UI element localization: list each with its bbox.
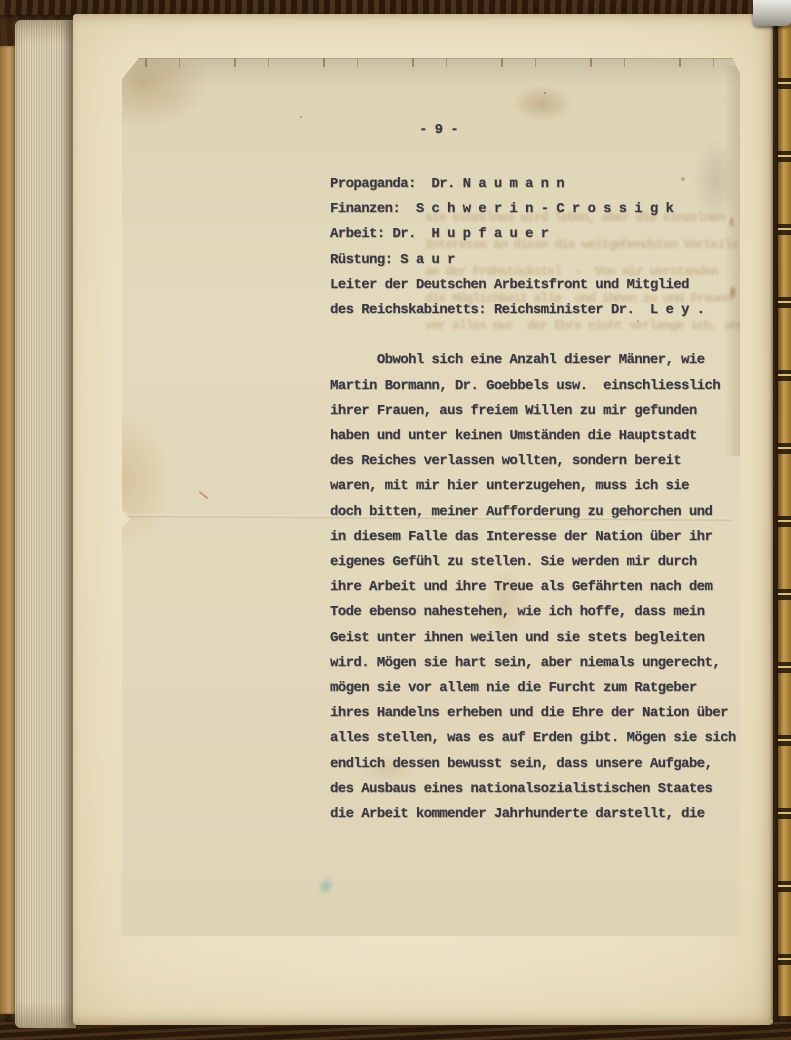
text-line bbox=[330, 323, 736, 348]
text-line: haben und unter keinen Umständen die Hau… bbox=[330, 424, 736, 449]
page-stack-edge bbox=[15, 20, 76, 1028]
metal-clasp bbox=[753, 0, 791, 26]
text-line: eigenes Gefühl zu stellen. Sie werden mi… bbox=[330, 550, 736, 575]
edge-notch bbox=[121, 508, 130, 529]
ink-smudge bbox=[313, 873, 338, 899]
red-scratch-mark bbox=[199, 491, 209, 499]
top-soil-stain bbox=[122, 59, 740, 85]
book-page-scan: sie einzelnes wird leben, aber die einze… bbox=[0, 0, 791, 1040]
text-line: des Reichskabinetts: Reichsminister Dr. … bbox=[330, 298, 736, 323]
text-line: Leiter der Deutschen Arbeitsfront und Mi… bbox=[330, 273, 736, 298]
text-line: ihrer Frauen, aus freiem Willen zu mir g… bbox=[330, 399, 736, 424]
text-line: Geist unter ihnen weilen und sie stets b… bbox=[330, 626, 736, 651]
text-line: in diesem Falle das Interesse der Nation… bbox=[330, 525, 736, 550]
text-line: doch bitten, meiner Aufforderung zu geho… bbox=[330, 500, 736, 525]
text-line: Propaganda: Dr. N a u m a n n bbox=[330, 172, 736, 197]
text-line: alles stellen, was es auf Erden gibt. Mö… bbox=[330, 726, 736, 751]
text-line: endlich dessen bewusst sein, dass unsere… bbox=[330, 752, 736, 777]
text-line: Obwohl sich eine Anzahl dieser Männer, w… bbox=[330, 348, 736, 373]
binding-stitch-strip bbox=[778, 22, 791, 1016]
book-binding-top bbox=[0, 0, 791, 15]
text-line: Finanzen: S c h w e r i n - C r o s s i … bbox=[330, 197, 736, 222]
text-line: des Ausbaus eines nationalsozialistische… bbox=[330, 777, 736, 802]
typewritten-document: sie einzelnes wird leben, aber die einze… bbox=[122, 58, 740, 936]
text-line: ihres Handelns erheben und die Ehre der … bbox=[330, 701, 736, 726]
text-line: ihre Arbeit und ihre Treue als Gefährten… bbox=[330, 575, 736, 600]
text-line: wird. Mögen sie hart sein, aber niemals … bbox=[330, 651, 736, 676]
text-line: die Arbeit kommender Jahrhunderte darste… bbox=[330, 802, 736, 827]
text-line: Martin Bormann, Dr. Goebbels usw. einsch… bbox=[330, 374, 736, 399]
text-line: Arbeit: Dr. H u p f a u e r bbox=[330, 222, 736, 247]
text-line: mögen sie vor allem nie die Furcht zum R… bbox=[330, 676, 736, 701]
text-line: des Reiches verlassen wollten, sondern b… bbox=[330, 449, 736, 474]
typed-text: Propaganda: Dr. N a u m a n nFinanzen: S… bbox=[330, 172, 736, 827]
text-line: Rüstung: S a u r bbox=[330, 248, 736, 273]
text-line: Tode ebenso nahestehen, wie ich hoffe, d… bbox=[330, 600, 736, 625]
text-line: waren, mit mir hier unterzugehen, muss i… bbox=[330, 474, 736, 499]
page-number: - 9 - bbox=[419, 118, 458, 143]
